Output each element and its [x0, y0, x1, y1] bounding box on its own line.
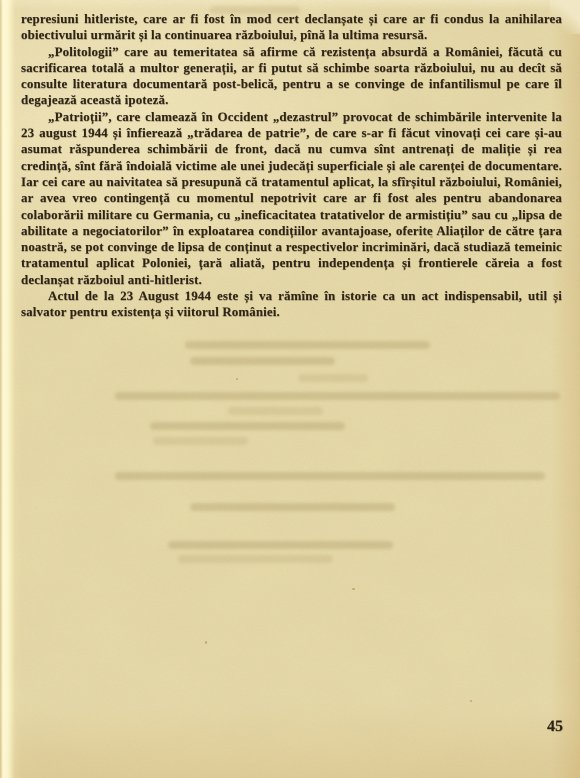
bleed-through-line [168, 541, 393, 549]
scanned-book-page: represiuni hitleriste, care ar fi fost î… [0, 0, 580, 778]
page-left-edge-highlight [0, 0, 22, 778]
bleed-through-line [178, 555, 333, 563]
bleed-through-line [115, 472, 545, 480]
paper-speck [236, 378, 238, 380]
paper-speck [205, 641, 207, 644]
bleed-through-line [190, 357, 335, 365]
bleed-through-line [115, 392, 560, 400]
paper-speck [470, 700, 472, 702]
paragraph-4: Actul de la 23 August 1944 este și va ră… [21, 288, 562, 321]
bleed-through-line [153, 437, 248, 445]
page-text: represiuni hitleriste, care ar fi fost î… [21, 11, 562, 321]
bleed-through-line [190, 503, 395, 511]
bleed-through-line [185, 341, 430, 349]
paper-speck [352, 588, 355, 590]
paragraph-2: „Politologii” care au temeritatea să afi… [21, 44, 562, 109]
bleed-through-line [228, 407, 323, 415]
bleed-through-line [298, 374, 368, 382]
paragraph-3: „Patrioții”, care clamează în Occident „… [21, 109, 562, 288]
paragraph-1: represiuni hitleriste, care ar fi fost î… [21, 11, 562, 44]
page-number: 45 [547, 718, 563, 736]
bleed-through-line [150, 422, 345, 430]
